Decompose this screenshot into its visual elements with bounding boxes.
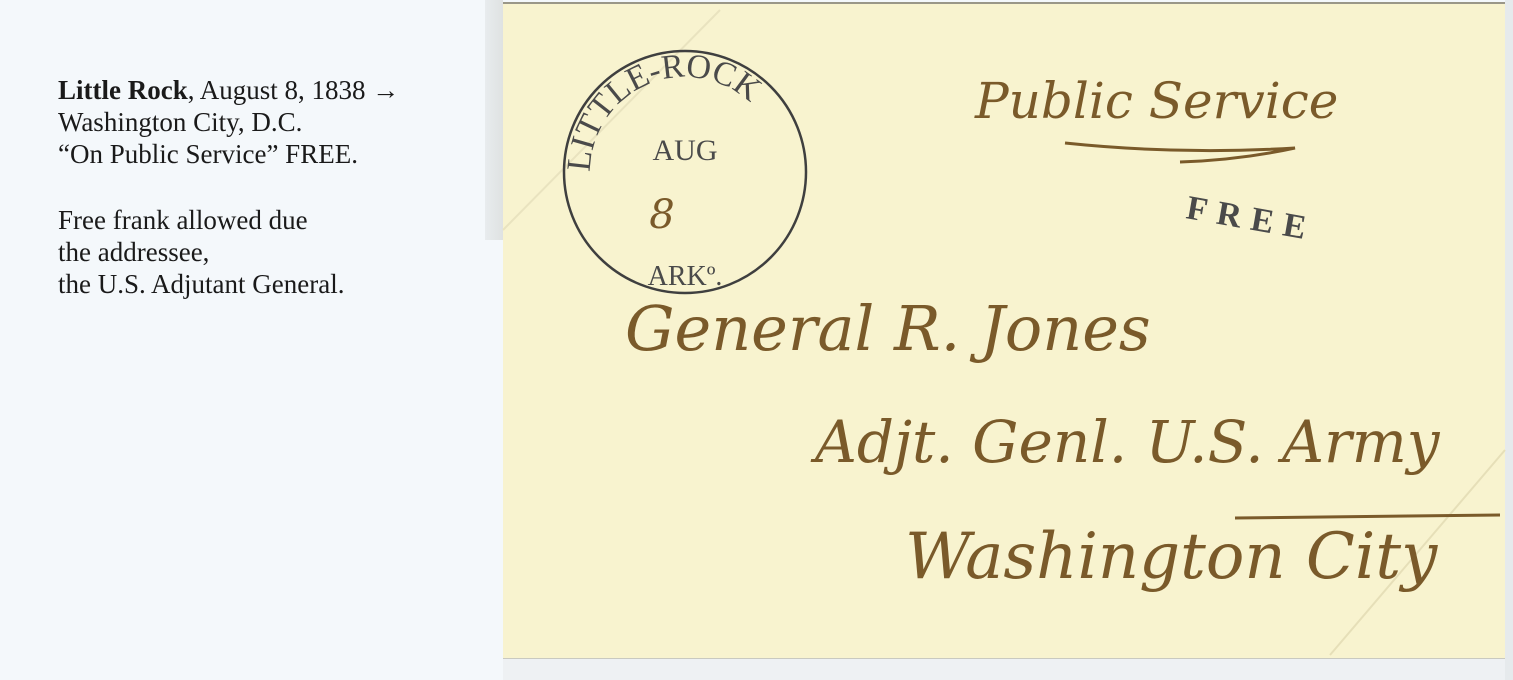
postmark-circle: LITTLE-ROCK AUG 8 ARKº. — [561, 47, 806, 293]
postmark-day: 8 — [649, 192, 674, 238]
address-line-city: Washington City — [905, 520, 1438, 594]
address-block: General R. Jones Adjt. Genl. U.S. Army W… — [625, 292, 1500, 594]
cover-markings: LITTLE-ROCK AUG 8 ARKº. Public Service F… — [0, 0, 1513, 680]
address-line-title: Adjt. Genl. U.S. Army — [810, 408, 1441, 476]
manuscript-endorsement: Public Service — [974, 72, 1338, 162]
postmark-state: ARKº. — [648, 261, 723, 292]
postmark-month: AUG — [653, 134, 718, 167]
endorsement-text: Public Service — [974, 72, 1338, 130]
address-line-name: General R. Jones — [625, 292, 1151, 365]
free-handstamp: FREE — [1184, 189, 1319, 248]
